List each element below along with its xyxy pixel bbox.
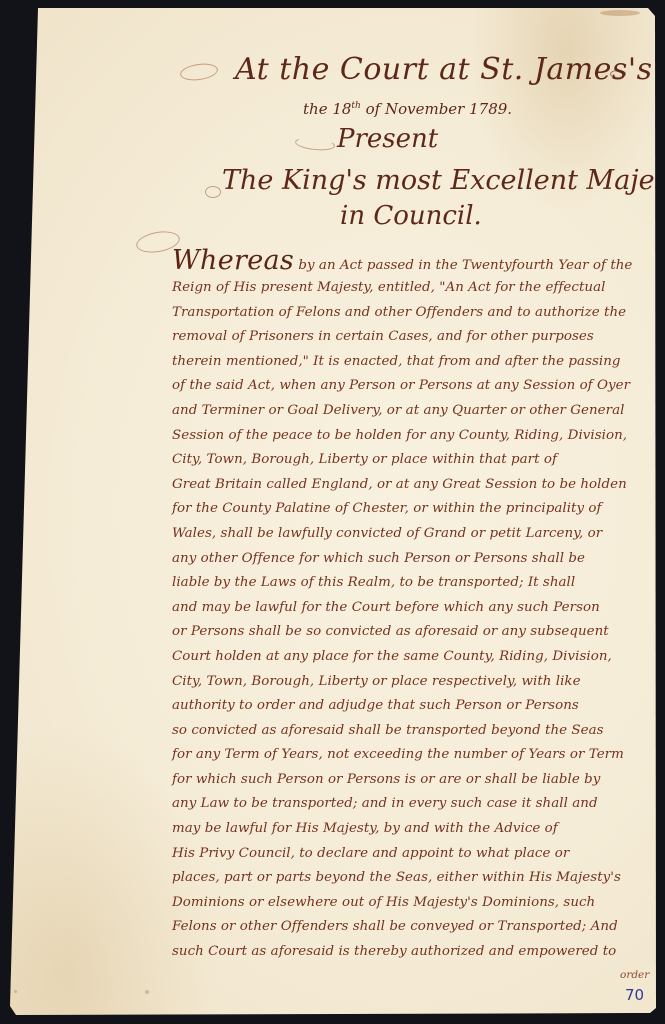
date-ordinal: th	[351, 101, 360, 111]
body-line: Felons or other Offenders shall be conve…	[172, 915, 654, 940]
body-line: Court holden at any place for the same C…	[172, 645, 654, 670]
body-line: His Privy Council, to declare and appoin…	[172, 842, 654, 867]
body-line: Whereas by an Act passed in the Twentyfo…	[172, 246, 654, 276]
heading-present: Present	[337, 124, 438, 154]
body-line: City, Town, Borough, Liberty or place wi…	[172, 448, 654, 473]
body-line: for which such Person or Persons is or a…	[172, 768, 654, 793]
first-line-text: by an Act passed in the Twentyfourth Yea…	[294, 258, 632, 273]
order-body: Whereas by an Act passed in the Twentyfo…	[172, 246, 654, 965]
body-line: Session of the peace to be holden for an…	[172, 424, 654, 449]
body-line: and may be lawful for the Court before w…	[172, 596, 654, 621]
heading-majesty: The King's most Excellent Majesty	[222, 165, 665, 196]
body-line: therein mentioned," It is enacted, that …	[172, 350, 654, 375]
date-suffix: of November 1789.	[361, 100, 512, 118]
document-scan: At the Court at St. James's. the 18th of…	[0, 0, 665, 1024]
paper-stain	[14, 990, 17, 993]
body-line: authority to order and adjudge that such…	[172, 694, 654, 719]
paper-stain	[600, 10, 640, 16]
body-line: Wales, shall be lawfully convicted of Gr…	[172, 522, 654, 547]
body-line: City, Town, Borough, Liberty or place re…	[172, 670, 654, 695]
body-line: of the said Act, when any Person or Pers…	[172, 374, 654, 399]
heading-council: in Council.	[340, 201, 482, 231]
body-line: any Law to be transported; and in every …	[172, 792, 654, 817]
body-line: liable by the Laws of this Realm, to be …	[172, 571, 654, 596]
decorative-flourish	[294, 136, 335, 152]
opening-word: Whereas	[172, 245, 294, 276]
manuscript-page: At the Court at St. James's. the 18th of…	[0, 0, 665, 1024]
decorative-flourish	[205, 186, 221, 198]
body-line: and Terminer or Goal Delivery, or at any…	[172, 399, 654, 424]
heading-court: At the Court at St. James's.	[235, 52, 663, 87]
body-line: for the County Palatine of Chester, or w…	[172, 497, 654, 522]
date-prefix: the 18	[303, 100, 351, 118]
heading-date: the 18th of November 1789.	[303, 100, 512, 118]
body-line: places, part or parts beyond the Seas, e…	[172, 866, 654, 891]
body-line: Transportation of Felons and other Offen…	[172, 301, 654, 326]
body-line: Great Britain called England, or at any …	[172, 473, 654, 498]
body-line: Reign of His present Majesty, entitled, …	[172, 276, 654, 301]
catchword: order	[620, 969, 649, 981]
folio-number: 70	[625, 986, 644, 1004]
body-line: any other Offence for which such Person …	[172, 547, 654, 572]
body-line: removal of Prisoners in certain Cases, a…	[172, 325, 654, 350]
body-line: Dominions or elsewhere out of His Majest…	[172, 891, 654, 916]
body-line: or Persons shall be so convicted as afor…	[172, 620, 654, 645]
body-line: such Court as aforesaid is thereby autho…	[172, 940, 654, 965]
body-line: may be lawful for His Majesty, by and wi…	[172, 817, 654, 842]
paper-stain	[145, 990, 149, 994]
body-line: so convicted as aforesaid shall be trans…	[172, 719, 654, 744]
body-line: for any Term of Years, not exceeding the…	[172, 743, 654, 768]
decorative-flourish	[179, 61, 219, 82]
